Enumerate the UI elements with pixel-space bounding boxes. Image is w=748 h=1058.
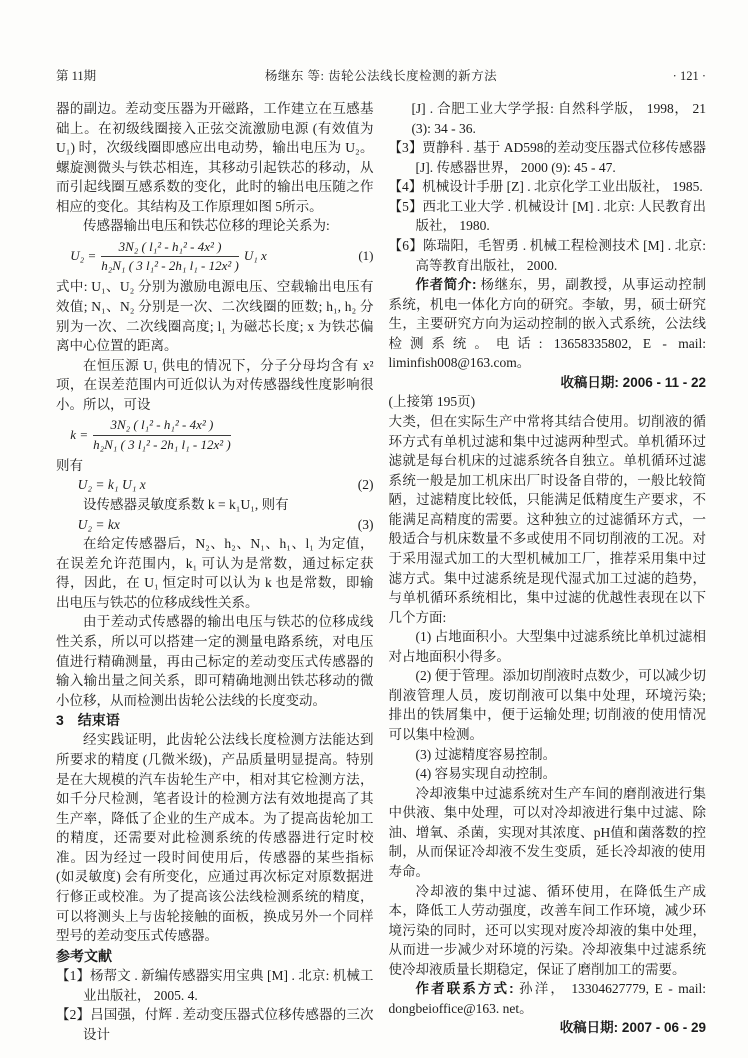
- paragraph-benefits: 冷却液的集中过滤、循环使用，在降低生产成本，降低工人劳动强度，改善车间工作环境，…: [389, 882, 707, 980]
- reference-item-5: 【5】西北工业大学 . 机械设计 [M] . 北京: 人民教育出版社， 1980…: [389, 197, 707, 236]
- equation-k-denominator: h₂N₁ ( 3 l₁² - 2h₁ l₁ - 12x² ): [93, 436, 231, 453]
- two-column-body: 器的副边。差动变压器为开磁路，工作建立在互感基础上。在初级线圈接入正弦交流激励电…: [56, 99, 706, 1044]
- paragraph-sensitivity: 设传感器灵敏度系数 k = k₁U₁, 则有: [56, 495, 374, 515]
- received-date-1: 收稿日期: 2006 - 11 - 22: [389, 373, 707, 393]
- paragraph-linear-relation: 由于差动式传感器的输出电压与铁芯的位移成线性关系，所以可以搭建一定的测量电路系统…: [56, 612, 374, 710]
- paragraph-then: 则有: [56, 456, 374, 476]
- equation-k-lhs: k =: [70, 426, 88, 445]
- reference-item-6: 【6】陈瑞阳，毛智勇 . 机械工程检测技术 [M] . 北京: 高等教育出版社，…: [389, 236, 707, 275]
- page-number: · 121 ·: [586, 69, 706, 84]
- paragraph-central-filter: 冷却液集中过滤系统对生产车间的磨削液进行集中供液、集中处理，可以对冷却液进行集中…: [389, 784, 707, 882]
- list-item-3: (3) 过滤精度容易控制。: [389, 745, 707, 765]
- received-date-2: 收稿日期: 2007 - 06 - 29: [389, 1018, 707, 1038]
- paragraph-continuation: 器的副边。差动变压器为开磁路，工作建立在互感基础上。在初级线圈接入正弦交流激励电…: [56, 99, 374, 216]
- paragraph-given-sensor: 在给定传感器后，N₂、h₂、N₁、h₁、l₁ 为定值，在误差允许范围内，k₁ 可…: [56, 534, 374, 612]
- reference-item-1: 【1】杨帮文 . 新编传感器实用宝典 [M] . 北京: 机械工业出版社， 20…: [56, 966, 374, 1005]
- equation-1-numerator: 3N₂ ( l₁² - h₁² - 4x² ): [101, 239, 239, 257]
- running-title: 杨继东 等: 齿轮公法线长度检测的新方法: [176, 66, 586, 84]
- equation-1-fraction: 3N₂ ( l₁² - h₁² - 4x² ) h₂N₁ ( 3 l₁² - 2…: [101, 239, 239, 275]
- author-bio: 作者简介: 杨继东，男，副教授，从事运动控制系统，机电一体化方向的研究。李敏，男…: [389, 275, 707, 373]
- references-heading: 参考文献: [56, 946, 374, 966]
- reference-item-4: 【4】机械设计手册 [Z] . 北京化学工业出版社， 1985.: [389, 177, 707, 197]
- equation-2-body: U₂ = k₁ U₁ x: [78, 475, 146, 495]
- right-column: [J] . 合肥工业大学学报: 自然科学版， 1998， 21 (3): 34 …: [389, 99, 707, 1044]
- list-item-4: (4) 容易实现自动控制。: [389, 764, 707, 784]
- equation-1-rhs: U₁ x: [244, 247, 267, 266]
- equation-k-fraction: 3N₂ ( l₁² - h₁² - 4x² ) h₂N₁ ( 3 l₁² - 2…: [93, 417, 231, 453]
- paragraph-conclusion: 经实践证明，此齿轮公法线长度检测方法能达到所要求的精度 (几微米级)，产品质量明…: [56, 730, 374, 945]
- list-item-2: (2) 便于管理。添加切削液时点数少，可以减少切削液管理人员，废切削液可以集中处…: [389, 666, 707, 744]
- reference-item-2: 【2】吕国强，付辉 . 差动变压器式位移传感器的三次设计: [56, 1005, 374, 1044]
- equation-k-numerator: 3N₂ ( l₁² - h₁² - 4x² ): [93, 417, 231, 435]
- equation-1: U₂ = 3N₂ ( l₁² - h₁² - 4x² ) h₂N₁ ( 3 l₁…: [56, 239, 374, 275]
- equation-k: k = 3N₂ ( l₁² - h₁² - 4x² ) h₂N₁ ( 3 l₁²…: [56, 417, 374, 453]
- paragraph-symbol-definitions: 式中: U₁、U₂ 分别为激励电源电压、空载输出电压有效值; N₁、N₂ 分别是…: [56, 277, 374, 355]
- author-bio-label: 作者简介:: [416, 277, 477, 292]
- section-heading-conclusion: 3 结束语: [56, 710, 374, 730]
- paragraph-constant-source: 在恒压源 U₁ 供电的情况下，分子分母均含有 x² 项，在误差范围内可近似认为对…: [56, 356, 374, 415]
- journal-page: 第 11期 杨继东 等: 齿轮公法线长度检测的新方法 · 121 · 器的副边。…: [0, 0, 748, 1058]
- equation-3-body: U₂ = kx: [78, 515, 120, 535]
- equation-2: U₂ = k₁ U₁ x (2): [56, 475, 374, 495]
- equation-1-lhs: U₂ =: [70, 247, 96, 266]
- paragraph-coolant-intro: 大类，但在实际生产中常将其结合使用。切削液的循环方式有单机过滤和集中过滤两种型式…: [389, 412, 707, 627]
- equation-1-number: (1): [358, 247, 373, 266]
- equation-3: U₂ = kx (3): [56, 515, 374, 535]
- page-header: 第 11期 杨继东 等: 齿轮公法线长度检测的新方法 · 121 ·: [56, 66, 706, 84]
- paragraph-relation-intro: 传感器输出电压和铁芯位移的理论关系为:: [56, 216, 374, 236]
- equation-1-denominator: h₂N₁ ( 3 l₁² - 2h₁ l₁ - 12x² ): [101, 257, 239, 274]
- author-contact: 作者联系方式: 孙洋， 13304627779, E - mail: dongb…: [389, 979, 707, 1018]
- left-column: 器的副边。差动变压器为开磁路，工作建立在互感基础上。在初级线圈接入正弦交流激励电…: [56, 99, 374, 1044]
- issue-label: 第 11期: [56, 66, 176, 84]
- reference-item-2-continuation: [J] . 合肥工业大学学报: 自然科学版， 1998， 21 (3): 34 …: [389, 99, 707, 138]
- list-item-1: (1) 占地面积小。大型集中过滤系统比单机过滤相对占地面积小得多。: [389, 627, 707, 666]
- author-contact-label: 作者联系方式:: [416, 981, 514, 996]
- continuation-note: (上接第 195页): [389, 392, 707, 412]
- reference-item-3: 【3】贾静科 . 基于 AD598的差动变压器式位移传感器 [J]. 传感器世界…: [389, 138, 707, 177]
- equation-3-number: (3): [358, 515, 374, 535]
- equation-2-number: (2): [358, 475, 374, 495]
